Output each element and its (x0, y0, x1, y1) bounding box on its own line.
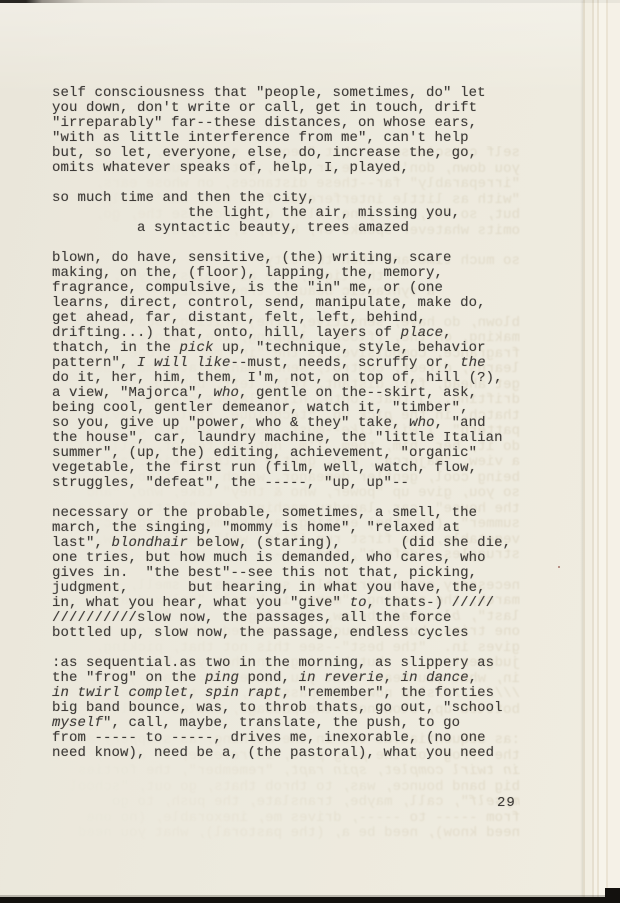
text-line: from ----- to -----, drives me, inexorab… (42, 811, 520, 827)
text-line: myself", call, maybe, translate, the pus… (42, 795, 520, 811)
text-line: in, what you hear, what you "give" to, t… (52, 596, 532, 611)
page-surface: self consciousness that "people, sometim… (0, 0, 620, 903)
text-line: vegetable, the first run (film, well, wa… (52, 461, 532, 476)
text-line: from ----- to -----, drives me, inexorab… (52, 731, 532, 746)
text-line: thatch, in the pick up, "technique, styl… (52, 341, 532, 356)
text-line: struggles, "defeat", the -----, "up, up"… (52, 476, 532, 491)
paragraph-2-verse: so much time and then the city, the ligh… (52, 191, 532, 236)
scanned-book-page: self consciousness that "people, sometim… (0, 0, 620, 903)
text-line: myself", call, maybe, translate, the pus… (52, 716, 532, 731)
text-line: so you, give up "power, who & they" take… (52, 416, 532, 431)
paragraph-3: blown, do have, sensitive, (the) writing… (52, 251, 532, 491)
text-line: judgment, but hearing, in what you have,… (52, 581, 532, 596)
text-line: you down, don't write or call, get in to… (52, 101, 532, 116)
text-line: big band bounce, was, to throb thats, go… (52, 701, 532, 716)
text-line: blown, do have, sensitive, (the) writing… (52, 251, 532, 266)
ink-speck (558, 566, 560, 568)
text-line: bottled up, slow now, the passage, endle… (52, 626, 532, 641)
paragraph-1: self consciousness that "people, sometim… (52, 86, 532, 176)
paragraph-4: necessary or the probable, sometimes, a … (52, 506, 532, 641)
text-line: the "frog" on the ping pond, in reverie,… (52, 671, 532, 686)
text-line: being cool, gentler demeanor, watch it, … (52, 401, 532, 416)
text-line: "with as little interference from me", c… (52, 131, 532, 146)
text-line: in twirl complet, spin rapt, "remember",… (52, 686, 532, 701)
text-line: need know), need be a, (the pastoral), w… (42, 826, 520, 842)
text-line: fragrance, compulsive, is the "in" me, o… (52, 281, 532, 296)
scan-edge-top (0, 0, 620, 3)
text-line: get ahead, far, distant, felt, left, beh… (52, 311, 532, 326)
text-line: self consciousness that "people, sometim… (52, 86, 532, 101)
paragraph-5: :as sequential.as two in the morning, as… (52, 656, 532, 761)
text-line: last", blondhair below, (staring), (did … (52, 536, 532, 551)
text-line: march, the singing, "mommy is home", "re… (52, 521, 532, 536)
text-line: need know), need be a, (the pastoral), w… (52, 746, 532, 761)
scan-edge-bottom (0, 897, 620, 903)
text-line: the light, the air, missing you, (52, 206, 532, 221)
text-line: "irreparably" far--these distances, on w… (52, 116, 532, 131)
text-line: :as sequential.as two in the morning, as… (52, 656, 532, 671)
page-number: 29 (497, 795, 516, 811)
text-line: omits whatever speaks of, help, I, playe… (52, 161, 532, 176)
text-line: a view, "Majorca", who, gentle on the--s… (52, 386, 532, 401)
page-text: self consciousness that "people, sometim… (52, 86, 532, 776)
text-line: //////////slow now, the passages, all th… (52, 611, 532, 626)
scan-corner-shadow (605, 888, 620, 903)
text-line: gives in. "the best"--see this not that,… (52, 566, 532, 581)
text-line: summer", (up, the) editing, achievement,… (52, 446, 532, 461)
text-line: pattern", I will like--must, needs, scru… (52, 356, 532, 371)
text-line: making, on the, (floor), lapping, the, m… (52, 266, 532, 281)
text-line: so much time and then the city, (52, 191, 532, 206)
text-line: learns, direct, control, send, manipulat… (52, 296, 532, 311)
text-line: big band bounce, was, to throb thats, go… (42, 780, 520, 796)
text-line: the house", car, laundry machine, the "l… (52, 431, 532, 446)
text-line: do it, her, him, them, I'm, not, on top … (52, 371, 532, 386)
text-line: but, so let, everyone, else, do, increas… (52, 146, 532, 161)
text-line: one tries, but how much is demanded, who… (52, 551, 532, 566)
text-line: drifting...) that, onto, hill, layers of… (52, 326, 532, 341)
text-line: necessary or the probable, sometimes, a … (52, 506, 532, 521)
text-line: a syntactic beauty, trees amazed (52, 221, 532, 236)
page-edge-stack (583, 0, 620, 897)
